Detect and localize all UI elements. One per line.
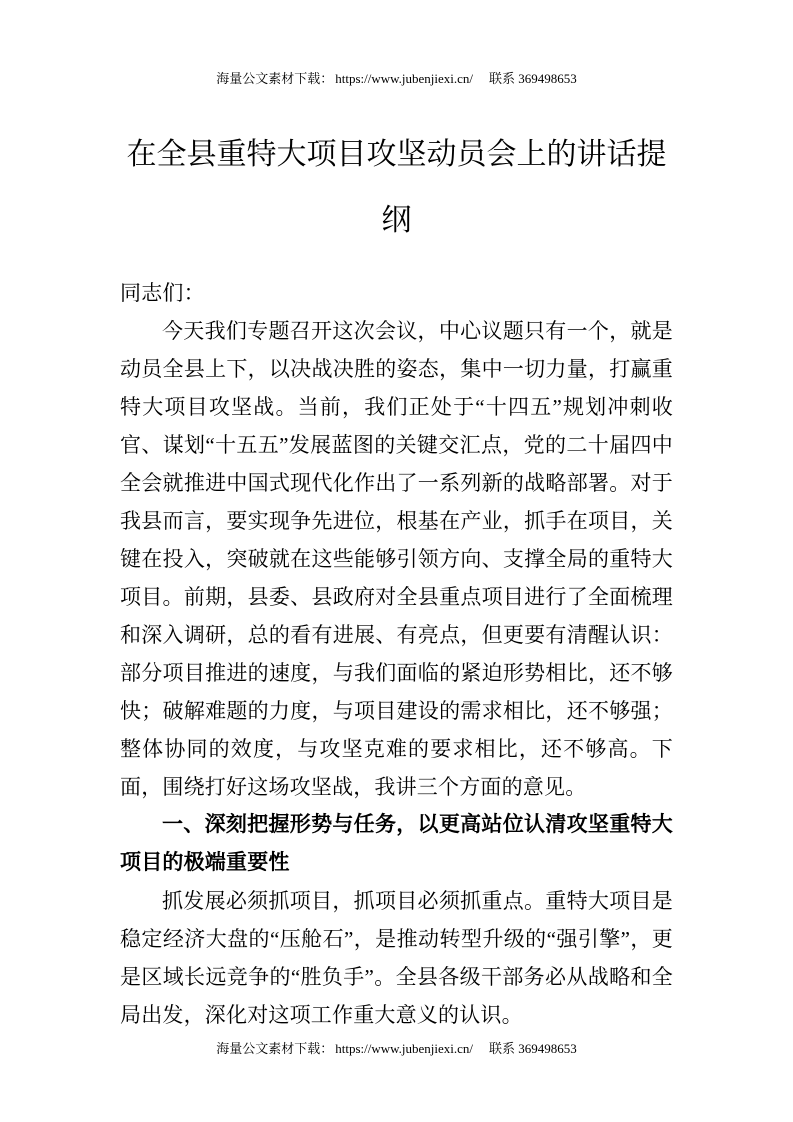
paragraph-section-1: 抓发展必须抓项目，抓项目必须抓重点。重特大项目是稳定经济大盘的“压舱石”，是推动…: [120, 882, 673, 1034]
document-title: 在全县重特大项目攻坚动员会上的讲话提纲: [120, 122, 673, 254]
page-header: 海量公文素材下载：https://www.jubenjiexi.cn/联系 36…: [0, 70, 793, 88]
document-page: 海量公文素材下载：https://www.jubenjiexi.cn/联系 36…: [0, 0, 793, 1122]
paragraph-intro: 今天我们专题召开这次会议，中心议题只有一个，就是动员全县上下，以决战决胜的姿态，…: [120, 312, 673, 806]
header-contact: 联系 369498653: [489, 71, 577, 86]
footer-download-label: 海量公文素材下载：: [216, 1041, 333, 1056]
footer-contact: 联系 369498653: [489, 1041, 577, 1056]
footer-url-link[interactable]: https://www.jubenjiexi.cn/: [335, 1041, 473, 1056]
header-download-label: 海量公文素材下载：: [216, 71, 333, 86]
document-body: 同志们： 今天我们专题召开这次会议，中心议题只有一个，就是动员全县上下，以决战决…: [120, 274, 673, 1034]
salutation: 同志们：: [120, 274, 673, 312]
header-url-link[interactable]: https://www.jubenjiexi.cn/: [335, 71, 473, 86]
page-footer: 海量公文素材下载：https://www.jubenjiexi.cn/联系 36…: [0, 1040, 793, 1058]
section-heading-1: 一、深刻把握形势与任务，以更高站位认清攻坚重特大项目的极端重要性: [120, 806, 673, 882]
